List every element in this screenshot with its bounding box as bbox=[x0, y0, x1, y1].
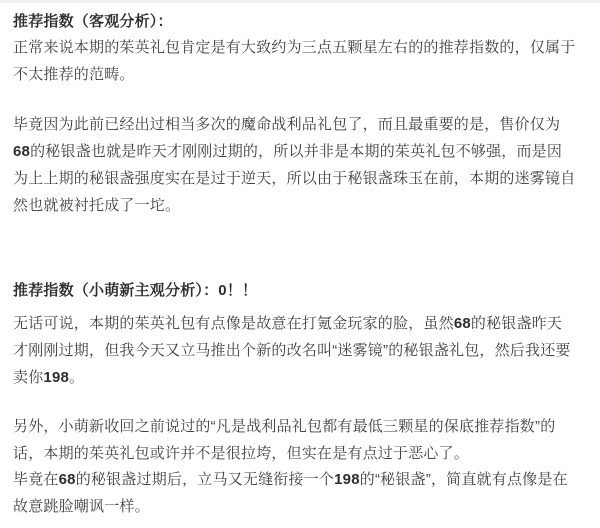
text-line: 故意跳脸嘲讽一样。 bbox=[13, 494, 598, 521]
text-line: 不太推荐的范畴。 bbox=[13, 61, 598, 88]
paragraph-text: 才刚刚过期，但我今天又立马推出个新的改名叫“迷雾镜”的秘银盏礼包，然后我还要 bbox=[13, 342, 571, 359]
paragraph-text: 然也就被衬托成了一坨。 bbox=[13, 197, 180, 214]
paragraph-text: 不太推荐的范畴。 bbox=[13, 66, 135, 83]
price-68: 68 bbox=[59, 471, 76, 488]
text-line: 然也就被衬托成了一坨。 bbox=[13, 192, 598, 219]
text-line: 卖你198。 bbox=[13, 364, 598, 391]
paragraph-text: 卖你 bbox=[13, 369, 43, 386]
top-divider bbox=[0, 0, 600, 3]
text-line: 68的秘银盏也就是昨天才刚刚过期的，所以并非是本期的茱英礼包不够强，而是因 bbox=[13, 138, 598, 165]
price-198: 198 bbox=[43, 369, 69, 386]
subjective-heading-line: 推荐指数（小萌新主观分析）：0！！ bbox=[13, 277, 598, 304]
section-objective-heading: 推荐指数（客观分析）： bbox=[13, 8, 598, 35]
paragraph-text: 为上上期的秘银盏强度实在是过于逆天，所以由于秘银盏珠玉在前，本期的迷雾镜自 bbox=[13, 170, 575, 187]
article-page: 推荐指数（客观分析）： 正常来说本期的茱英礼包肯定是有大致约为三点五颗星左右的的… bbox=[0, 0, 600, 528]
paragraph-text: 正常来说本期的茱英礼包肯定是有大致约为三点五颗星左右的的推荐指数的，仅属于 bbox=[13, 39, 575, 56]
text-line: 无话可说，本期的茱英礼包有点像是故意在打氪金玩家的脸，虽然68的秘银盏昨天 bbox=[13, 310, 598, 337]
price-68: 68 bbox=[13, 143, 30, 160]
paragraph-subjective: 无话可说，本期的茱英礼包有点像是故意在打氪金玩家的脸，虽然68的秘银盏昨天 才刚… bbox=[13, 310, 598, 391]
subjective-heading-text: 推荐指数（小萌新主观分析）：0！！ bbox=[13, 282, 257, 299]
paragraph-context: 毕竟因为此前已经出过相当多次的魔命战利品礼包了，而且最重要的是，售价仅为 68的… bbox=[13, 111, 598, 219]
paragraph-text: 毕竟因为此前已经出过相当多次的魔命战利品礼包了，而且最重要的是，售价仅为 bbox=[13, 116, 560, 133]
paragraph-text: 的秘银盏昨天 bbox=[471, 315, 562, 332]
text-line: 话，本期的茱英礼包或许并不是很拉垮，但实在是有点过于恶心了。 bbox=[13, 441, 598, 468]
text-line: 毕竟因为此前已经出过相当多次的魔命战利品礼包了，而且最重要的是，售价仅为 bbox=[13, 111, 598, 138]
paragraph-text: 话，本期的茱英礼包或许并不是很拉垮，但实在是有点过于恶心了。 bbox=[13, 445, 469, 462]
text-line: 才刚刚过期，但我今天又立马推出个新的改名叫“迷雾镜”的秘银盏礼包，然后我还要 bbox=[13, 337, 598, 364]
paragraph-text: 的秘银盏也就是昨天才刚刚过期的，所以并非是本期的茱英礼包不够强，而是因 bbox=[30, 143, 562, 160]
text-line: 另外，小萌新收回之前说过的“凡是战利品礼包都有最低三颗星的保底推荐指数”的 bbox=[13, 414, 598, 441]
price-68: 68 bbox=[454, 315, 471, 332]
text-line: 正常来说本期的茱英礼包肯定是有大致约为三点五颗星左右的的推荐指数的，仅属于 bbox=[13, 34, 598, 61]
paragraph-text: 另外，小萌新收回之前说过的“凡是战利品礼包都有最低三颗星的保底推荐指数”的 bbox=[13, 418, 555, 435]
paragraph-text: 。 bbox=[69, 369, 84, 386]
paragraph-objective: 正常来说本期的茱英礼包肯定是有大致约为三点五颗星左右的的推荐指数的，仅属于 不太… bbox=[13, 34, 598, 88]
price-198: 198 bbox=[334, 471, 360, 488]
paragraph-text: 故意跳脸嘲讽一样。 bbox=[13, 498, 150, 515]
paragraph-text: 毕竟在 bbox=[13, 471, 59, 488]
objective-heading-line: 推荐指数（客观分析）： bbox=[13, 8, 598, 35]
objective-heading-text: 推荐指数（客观分析）： bbox=[13, 13, 173, 30]
section-subjective-heading: 推荐指数（小萌新主观分析）：0！！ bbox=[13, 277, 598, 304]
text-line: 毕竟在68的秘银盏过期后，立马又无缝衔接一个198的“秘银盏”，简直就有点像是在 bbox=[13, 467, 598, 494]
paragraph-text: 的“秘银盏”，简直就有点像是在 bbox=[360, 471, 568, 488]
paragraph-text: 无话可说，本期的茱英礼包有点像是故意在打氪金玩家的脸，虽然 bbox=[13, 315, 454, 332]
paragraph-final: 另外，小萌新收回之前说过的“凡是战利品礼包都有最低三颗星的保底推荐指数”的 话，… bbox=[13, 414, 598, 520]
text-line: 为上上期的秘银盏强度实在是过于逆天，所以由于秘银盏珠玉在前，本期的迷雾镜自 bbox=[13, 165, 598, 192]
paragraph-text: 的秘银盏过期后，立马又无缝衔接一个 bbox=[76, 471, 334, 488]
